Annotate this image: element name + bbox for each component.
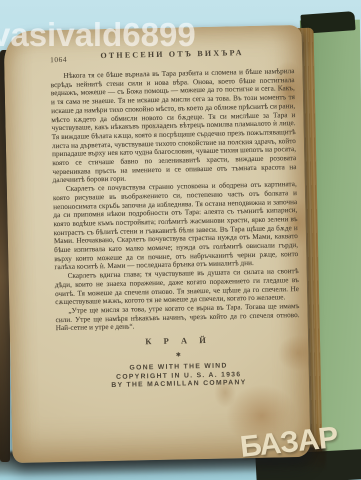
separator-star-icon: ✱ (56, 349, 300, 361)
body-paragraph: Скарлетъ вдигна глава; тя чувствуваше въ… (55, 267, 300, 307)
book-page: 1064 ОТНЕСЕНИ ОТЪ ВИХЪРА Нѣкога тя се бѣ… (4, 25, 311, 463)
body-paragraph: Скарлетъ се почувствува странно успокоен… (53, 180, 299, 272)
body-paragraph: „Утре ще мисля за това, утре когато се в… (55, 302, 299, 333)
book-photo: 1064 ОТНЕСЕНИ ОТЪ ВИХЪРА Нѣкога тя се бѣ… (0, 0, 361, 480)
seller-watermark: vasivald6899 (0, 16, 196, 54)
body-text: Нѣкога тя се бѣше върнала въ Тара разбит… (50, 67, 299, 333)
colophon: GONE WITH THE WIND COPYRIGHT IN U. S. A.… (57, 361, 301, 392)
page-number: 1064 (50, 55, 67, 64)
end-label: К Р А Й (56, 333, 300, 348)
page-content: 1064 ОТНЕСЕНИ ОТЪ ВИХЪРА Нѣкога тя се бѣ… (50, 47, 301, 392)
body-paragraph: Нѣкога тя се бѣше върнала въ Тара разбит… (50, 67, 296, 185)
